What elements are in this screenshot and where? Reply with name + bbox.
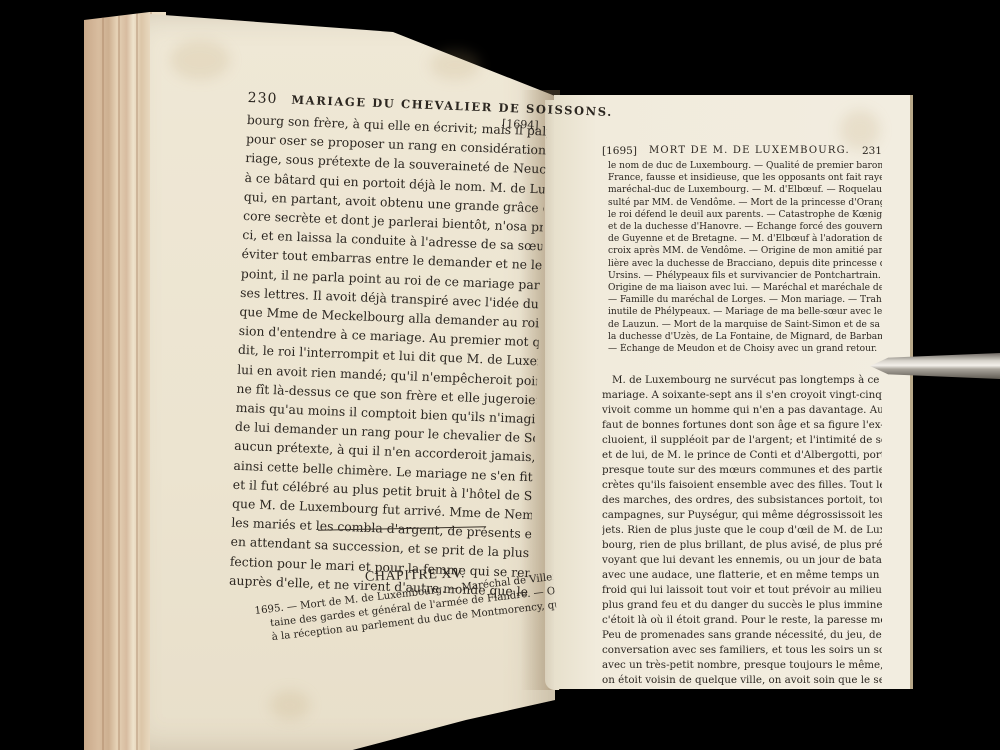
body-line: jets. Rien de plus juste que le coup d'œ… [602,523,882,538]
page-number-right: 231 [862,145,882,157]
body-line: avec un très-petit nombre, presque toujo… [602,658,882,673]
body-line: et de lui, de M. le prince de Conti et d… [602,448,882,463]
body-line: presque toute sur des mœurs communes et … [602,463,882,478]
body-line: cluoient, il suppléoit par de l'argent; … [602,433,882,448]
body-line: bourg, rien de plus brillant, de plus av… [602,538,882,553]
summary-line: inutile de Phélypeaux. — Mariage de ma b… [608,306,882,318]
right-chapter-summary: le nom de duc de Luxembourg. — Qualité d… [602,160,882,355]
summary-line: la duchesse d'Uzès, de La Fontaine, de M… [608,331,882,343]
photo-scene: 230 MARIAGE DU CHEVALIER DE SOISSONS. bo… [0,0,1000,750]
summary-line: de Guyenne et de Bretagne. — M. d'Elbœuf… [608,233,882,245]
body-line: c'étoit là où il étoit grand. Pour le re… [602,613,882,628]
summary-line: le nom de duc de Luxembourg. — Qualité d… [608,160,882,172]
summary-line: sulté par MM. de Vendôme. — Mort de la p… [608,197,882,209]
body-line: faut de bonnes fortunes dont son âge et … [602,418,882,433]
running-head-title-right: MORT DE M. DE LUXEMBOURG. [649,145,850,157]
summary-line: — Famille du maréchal de Lorges. — Mon m… [608,294,882,306]
summary-line: — Échange de Meudon et de Choisy avec un… [608,343,882,355]
summary-line: maréchal-duc de Luxembourg. — M. d'Elbœu… [608,184,882,196]
left-page-text: 230 MARIAGE DU CHEVALIER DE SOISSONS. bo… [229,90,548,601]
body-line: voyant que lui devant les ennemis, ou un… [602,553,882,568]
body-line: vivoit comme un homme qui n'en a pas dav… [602,403,882,418]
body-line: campagnes, sur Puységur, qui même dégros… [602,508,882,523]
right-page-text: [1695] MORT DE M. DE LUXEMBOURG. 231 le … [602,145,882,688]
right-running-head: [1695] MORT DE M. DE LUXEMBOURG. 231 [602,145,882,157]
summary-line: lière avec la duchesse de Bracciano, dep… [608,258,882,270]
body-line: froid qui lui laissoit tout voir et tout… [602,583,882,598]
running-year-left: [1694] [502,117,539,132]
body-line: avec une audace, une flatterie, et en mê… [602,568,882,583]
summary-line: croix après MM. de Vendôme. — Origine de… [608,245,882,257]
body-line: M. de Luxembourg ne survécut pas longtem… [602,373,882,388]
right-body-text: M. de Luxembourg ne survécut pas longtem… [602,373,882,688]
page-number-left: 230 [247,90,277,107]
summary-line: Origine de ma liaison avec lui. — Maréch… [608,282,882,294]
summary-line: et de la duchesse d'Hanovre. — Échange f… [608,221,882,233]
body-line: des marches, des ordres, des subsistance… [602,493,882,508]
summary-line: Ursins. — Phélypeaux fils et survivancie… [608,270,882,282]
body-line: crètes qu'ils faisoient ensemble avec de… [602,478,882,493]
running-year-right: [1695] [602,145,637,157]
summary-line: le roi défend le deuil aux parents. — Ca… [608,209,882,221]
body-line: conversation avec ses familiers, et tous… [602,643,882,658]
summary-line: de Lauzun. — Mort de la marquise de Sain… [608,319,882,331]
summary-line: France, fausse et insidieuse, que les op… [608,172,882,184]
body-line: Peu de promenades sans grande nécessité,… [602,628,882,643]
body-line: mariage. A soixante-sept ans il s'en cro… [602,388,882,403]
body-line: plus grand feu et du danger du succès le… [602,598,882,613]
body-line: on étoit voisin de quelque ville, on avo… [602,673,882,688]
